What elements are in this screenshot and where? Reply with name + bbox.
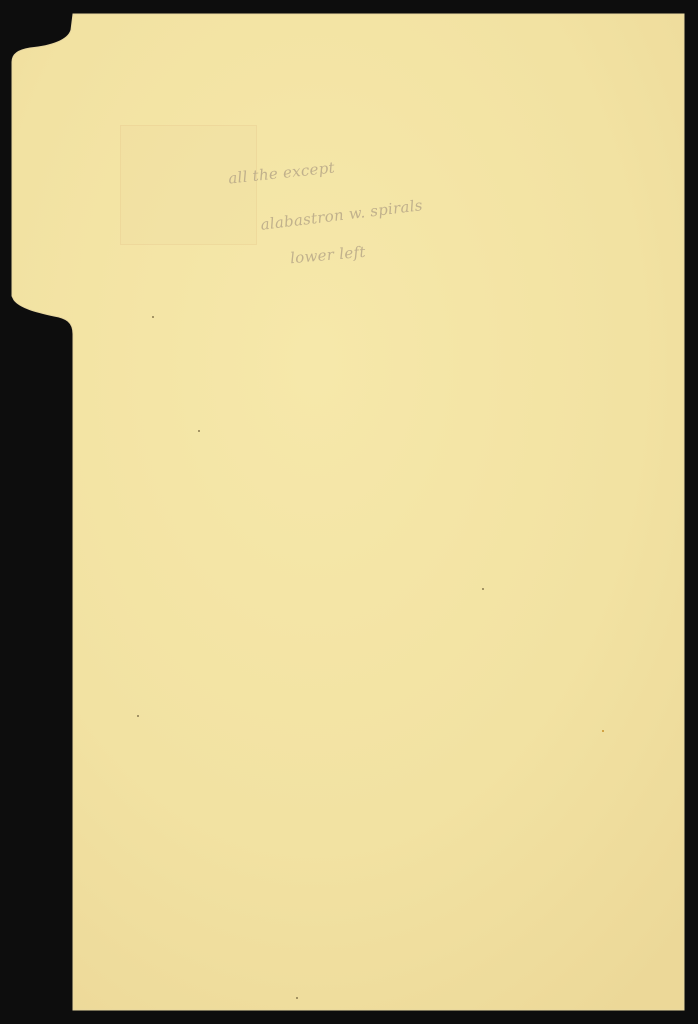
paper-speck [482,588,484,590]
index-card [0,0,698,1024]
card-body-with-tab [12,14,684,1010]
paper-speck [198,430,200,432]
paper-speck [152,316,154,318]
paper-speck [137,715,139,717]
paper-speck [296,997,298,999]
paper-speck [602,730,604,732]
